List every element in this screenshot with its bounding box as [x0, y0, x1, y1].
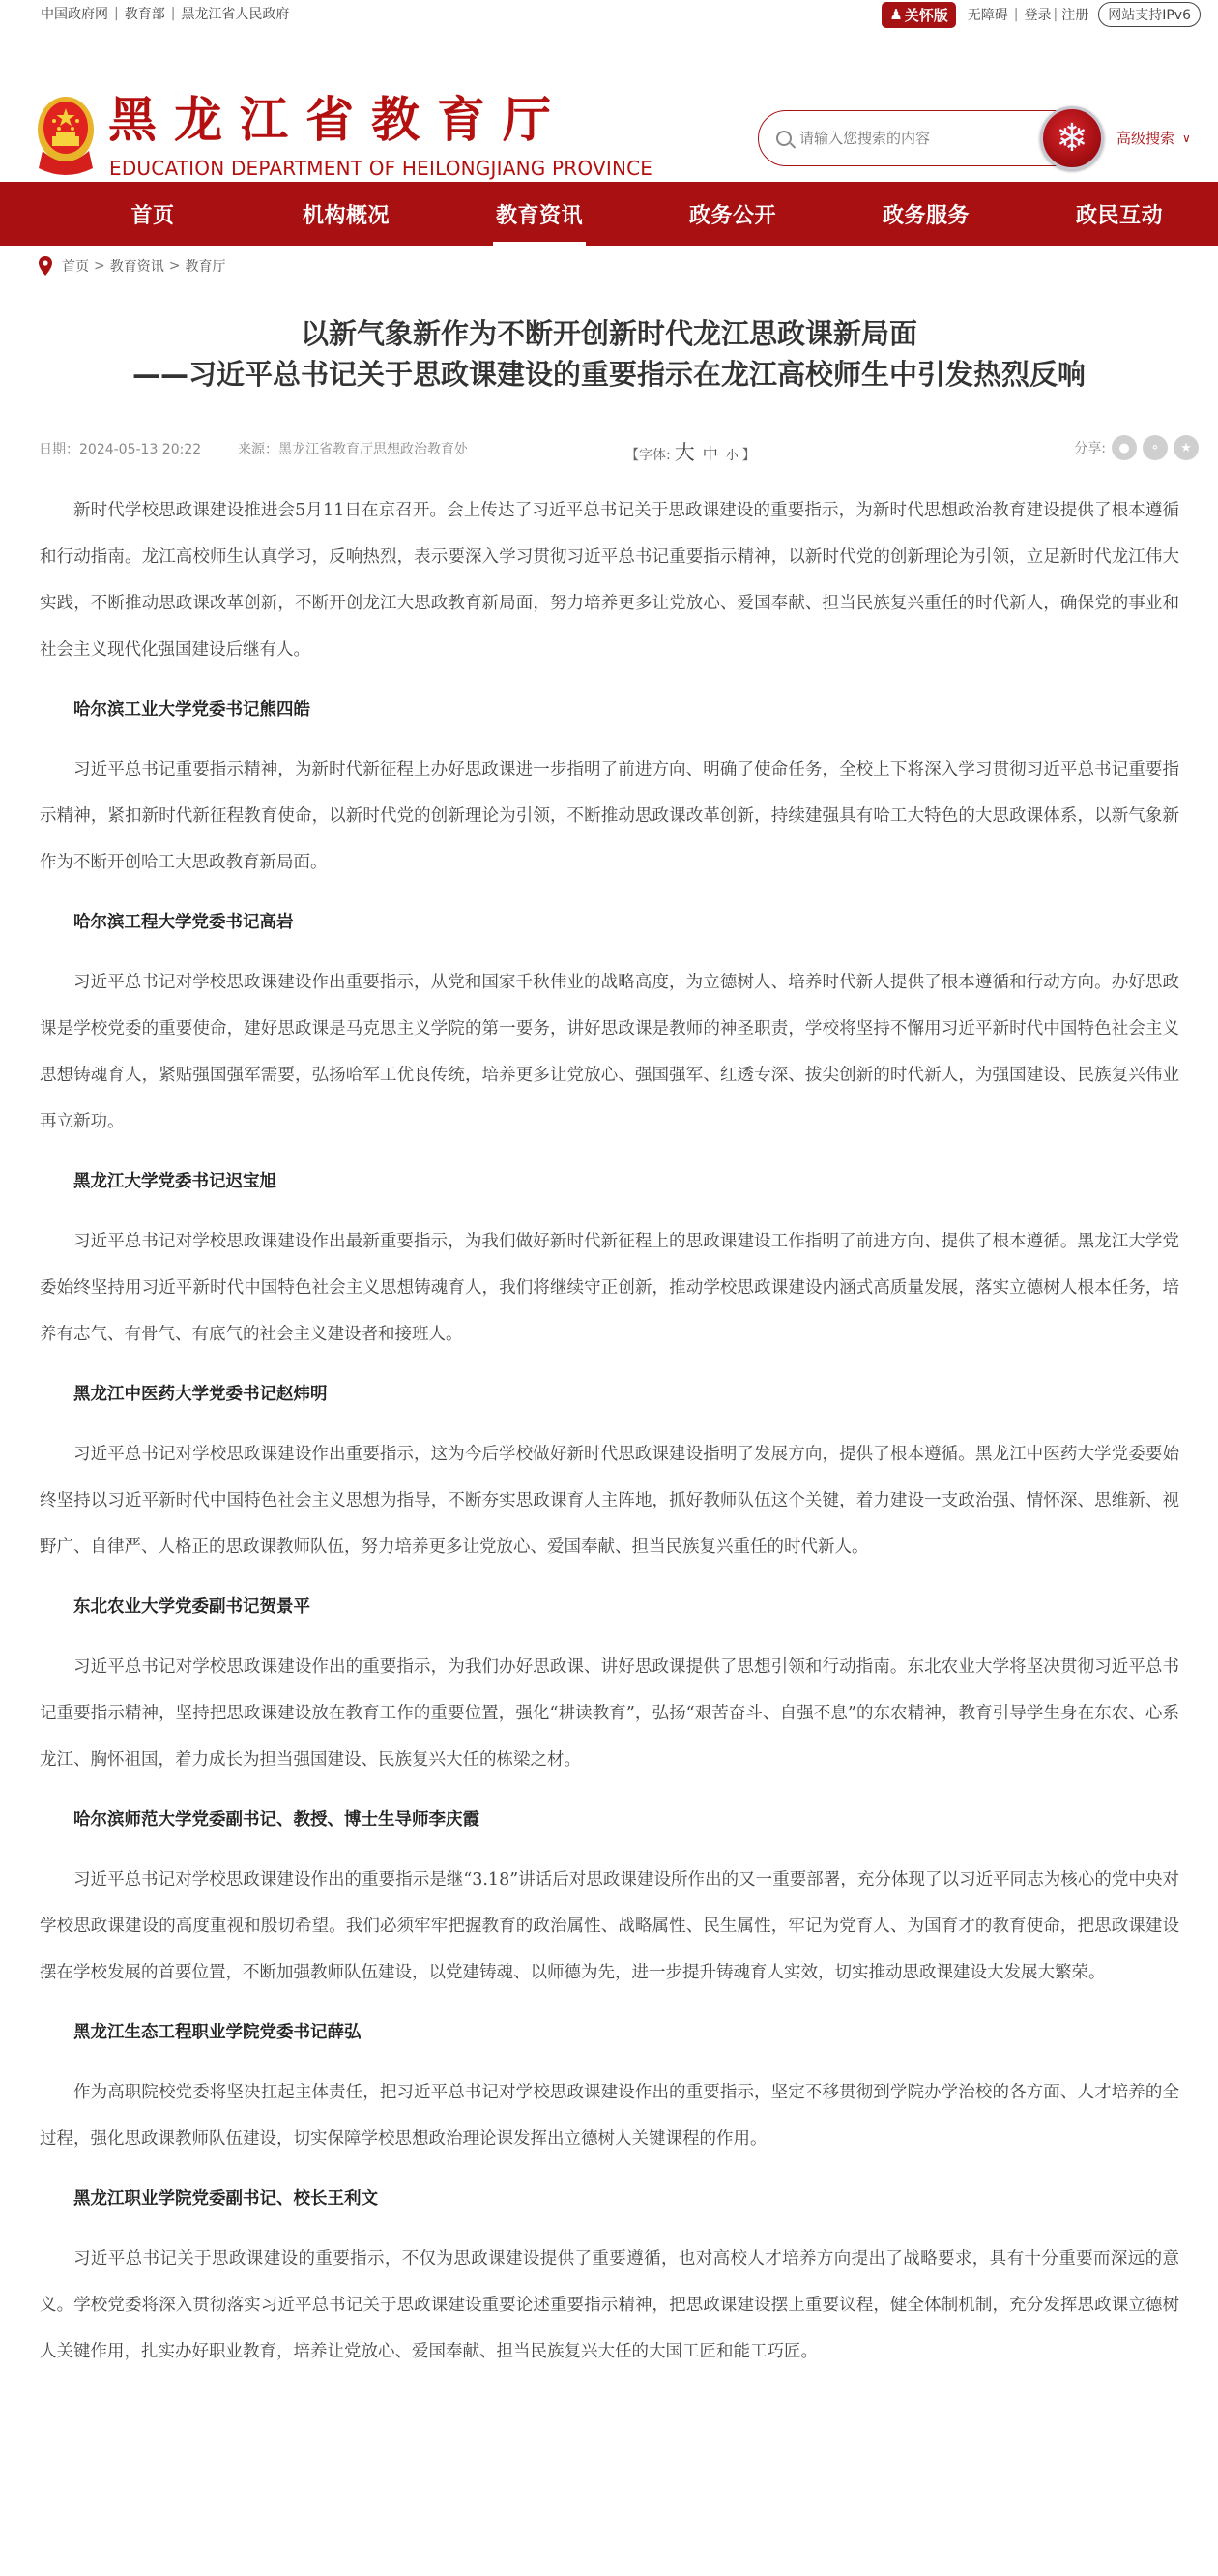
- top-utility-bar: 中国政府网 | 教育部 | 黑龙江省人民政府 ♟ 关怀版 无障碍 | 登录 | …: [0, 0, 1218, 33]
- section-person: 东北农业大学党委副书记贺景平: [40, 1584, 1179, 1630]
- nav-item-interaction[interactable]: 政民互动: [1023, 182, 1216, 246]
- section-text: 习近平总书记重要指示精神，为新时代新征程上办好思政课进一步指明了前进方向、明确了…: [40, 746, 1179, 886]
- external-links: 中国政府网 | 教育部 | 黑龙江省人民政府: [41, 4, 289, 23]
- weibo-icon[interactable]: ⚬: [1143, 435, 1168, 460]
- article-title-line2: ——习近平总书记关于思政课建设的重要指示在龙江高校师生中引发热烈反响: [0, 354, 1218, 395]
- link-gov-cn[interactable]: 中国政府网: [41, 4, 108, 23]
- article-title: 以新气象新作为不断开创新时代龙江思政课新局面 ——习近平总书记关于思政课建设的重…: [0, 313, 1218, 395]
- section-person: 黑龙江生态工程职业学院党委书记薛弘: [40, 2009, 1179, 2056]
- breadcrumb-education-news[interactable]: 教育资讯: [110, 256, 164, 276]
- qzone-icon[interactable]: ★: [1174, 435, 1199, 460]
- article-meta: 日期：2024-05-13 20:22 来源：黑龙江省教育厅思想政治教育处 【字…: [0, 429, 1218, 482]
- breadcrumb-home[interactable]: 首页: [62, 256, 89, 276]
- search-input[interactable]: [799, 130, 1031, 147]
- breadcrumb-department[interactable]: 教育厅: [185, 256, 225, 276]
- nav-item-home[interactable]: 首页: [56, 182, 249, 246]
- section-person: 黑龙江大学党委书记迟宝旭: [40, 1158, 1179, 1205]
- section-person: 哈尔滨工业大学党委书记熊四皓: [40, 687, 1179, 733]
- link-moe[interactable]: 教育部: [125, 4, 165, 23]
- section-text: 作为高职院校党委将坚决扛起主体责任，把习近平总书记对学校思政课建设作出的重要指示…: [40, 2069, 1179, 2162]
- article-body: 新时代学校思政课建设推进会5月11日在京召开。会上传达了习近平总书记关于思政课建…: [0, 487, 1218, 2375]
- divider: |: [171, 6, 176, 21]
- divider: |: [114, 6, 119, 21]
- section-text: 习近平总书记对学校思政课建设作出的重要指示，为我们办好思政课、讲好思政课提供了思…: [40, 1644, 1179, 1783]
- site-subtitle: EDUCATION DEPARTMENT OF HEILONGJIANG PRO…: [109, 157, 652, 180]
- nav-item-services[interactable]: 政务服务: [829, 182, 1023, 246]
- care-version-label: 关怀版: [905, 5, 948, 25]
- divider: |: [1054, 7, 1058, 22]
- location-pin-icon: [39, 256, 52, 276]
- nav-item-about[interactable]: 机构概况: [249, 182, 443, 246]
- article-intro: 新时代学校思政课建设推进会5月11日在京召开。会上传达了习近平总书记关于思政课建…: [40, 487, 1179, 673]
- site-title[interactable]: 黑龙江省教育厅: [108, 93, 568, 147]
- section-text: 习近平总书记对学校思政课建设作出的重要指示是继“3.18”讲话后对思政课建设所作…: [40, 1857, 1179, 1996]
- font-size-label: 【字体:: [625, 445, 671, 464]
- section-person: 哈尔滨师范大学党委副书记、教授、博士生导师李庆霞: [40, 1797, 1179, 1843]
- section-person: 黑龙江中医药大学党委书记赵炜明: [40, 1371, 1179, 1418]
- article-title-line1: 以新气象新作为不断开创新时代龙江思政课新局面: [0, 313, 1218, 354]
- chevron-down-icon: ∨: [1182, 132, 1191, 145]
- user-tools: ♟ 关怀版 无障碍 | 登录 | 注册 网站支持IPv6: [882, 0, 1201, 29]
- search-button[interactable]: ❄: [1040, 106, 1104, 170]
- share-label: 分享:: [1074, 438, 1106, 457]
- care-version-button[interactable]: ♟ 关怀版: [882, 2, 955, 28]
- breadcrumb-separator: >: [94, 258, 105, 274]
- article-source: 来源：黑龙江省教育厅思想政治教育处: [238, 439, 468, 458]
- snowflake-icon: ❄: [1056, 119, 1088, 158]
- nav-item-education-news[interactable]: 教育资讯: [443, 182, 636, 246]
- section-text: 习近平总书记关于思政课建设的重要指示，不仅为思政课建设提供了重要遵循，也对高校人…: [40, 2236, 1179, 2375]
- section-text: 习近平总书记对学校思政课建设作出最新重要指示，为我们做好新时代新征程上的思政课建…: [40, 1218, 1179, 1358]
- section-text: 习近平总书记对学校思政课建设作出重要指示，这为今后学校做好新时代思政课建设指明了…: [40, 1431, 1179, 1570]
- search-box: [758, 110, 1087, 166]
- site-header: 黑龙江省教育厅 EDUCATION DEPARTMENT OF HEILONGJ…: [0, 33, 1218, 182]
- share-bar: 分享: ● ⚬ ★: [1074, 435, 1199, 460]
- font-size-large[interactable]: 大: [675, 437, 695, 466]
- register-link[interactable]: 注册: [1061, 5, 1088, 24]
- advanced-search-label: 高级搜索: [1116, 128, 1174, 148]
- ipv6-badge: 网站支持IPv6: [1098, 2, 1201, 27]
- main-nav: 首页 机构概况 教育资讯 政务公开 政务服务 政民互动: [0, 182, 1218, 246]
- font-size-switcher: 【字体: 大 中 小 】: [625, 437, 756, 466]
- divider: |: [1014, 7, 1019, 22]
- accessibility-link[interactable]: 无障碍: [968, 5, 1008, 24]
- font-size-close: 】: [742, 445, 756, 464]
- elder-care-icon: ♟: [889, 6, 902, 23]
- wechat-icon[interactable]: ●: [1112, 435, 1137, 460]
- section-person: 黑龙江职业学院党委副书记、校长王利文: [40, 2176, 1179, 2222]
- publish-date: 日期：2024-05-13 20:22: [39, 439, 201, 458]
- section-person: 哈尔滨工程大学党委书记高岩: [40, 899, 1179, 946]
- nav-item-gov-affairs[interactable]: 政务公开: [636, 182, 829, 246]
- breadcrumb-separator: >: [169, 258, 181, 274]
- national-emblem-icon[interactable]: [37, 91, 95, 176]
- font-size-medium[interactable]: 中: [703, 442, 718, 464]
- breadcrumb: 首页 > 教育资讯 > 教育厅: [0, 246, 1218, 286]
- link-hlj-gov[interactable]: 黑龙江省人民政府: [181, 4, 289, 23]
- font-size-small[interactable]: 小: [726, 445, 739, 463]
- section-text: 习近平总书记对学校思政课建设作出重要指示，从党和国家千秋伟业的战略高度，为立德树…: [40, 959, 1179, 1145]
- advanced-search-toggle[interactable]: 高级搜索 ∨: [1116, 128, 1191, 148]
- search-icon: [776, 131, 792, 146]
- login-link[interactable]: 登录: [1025, 5, 1052, 24]
